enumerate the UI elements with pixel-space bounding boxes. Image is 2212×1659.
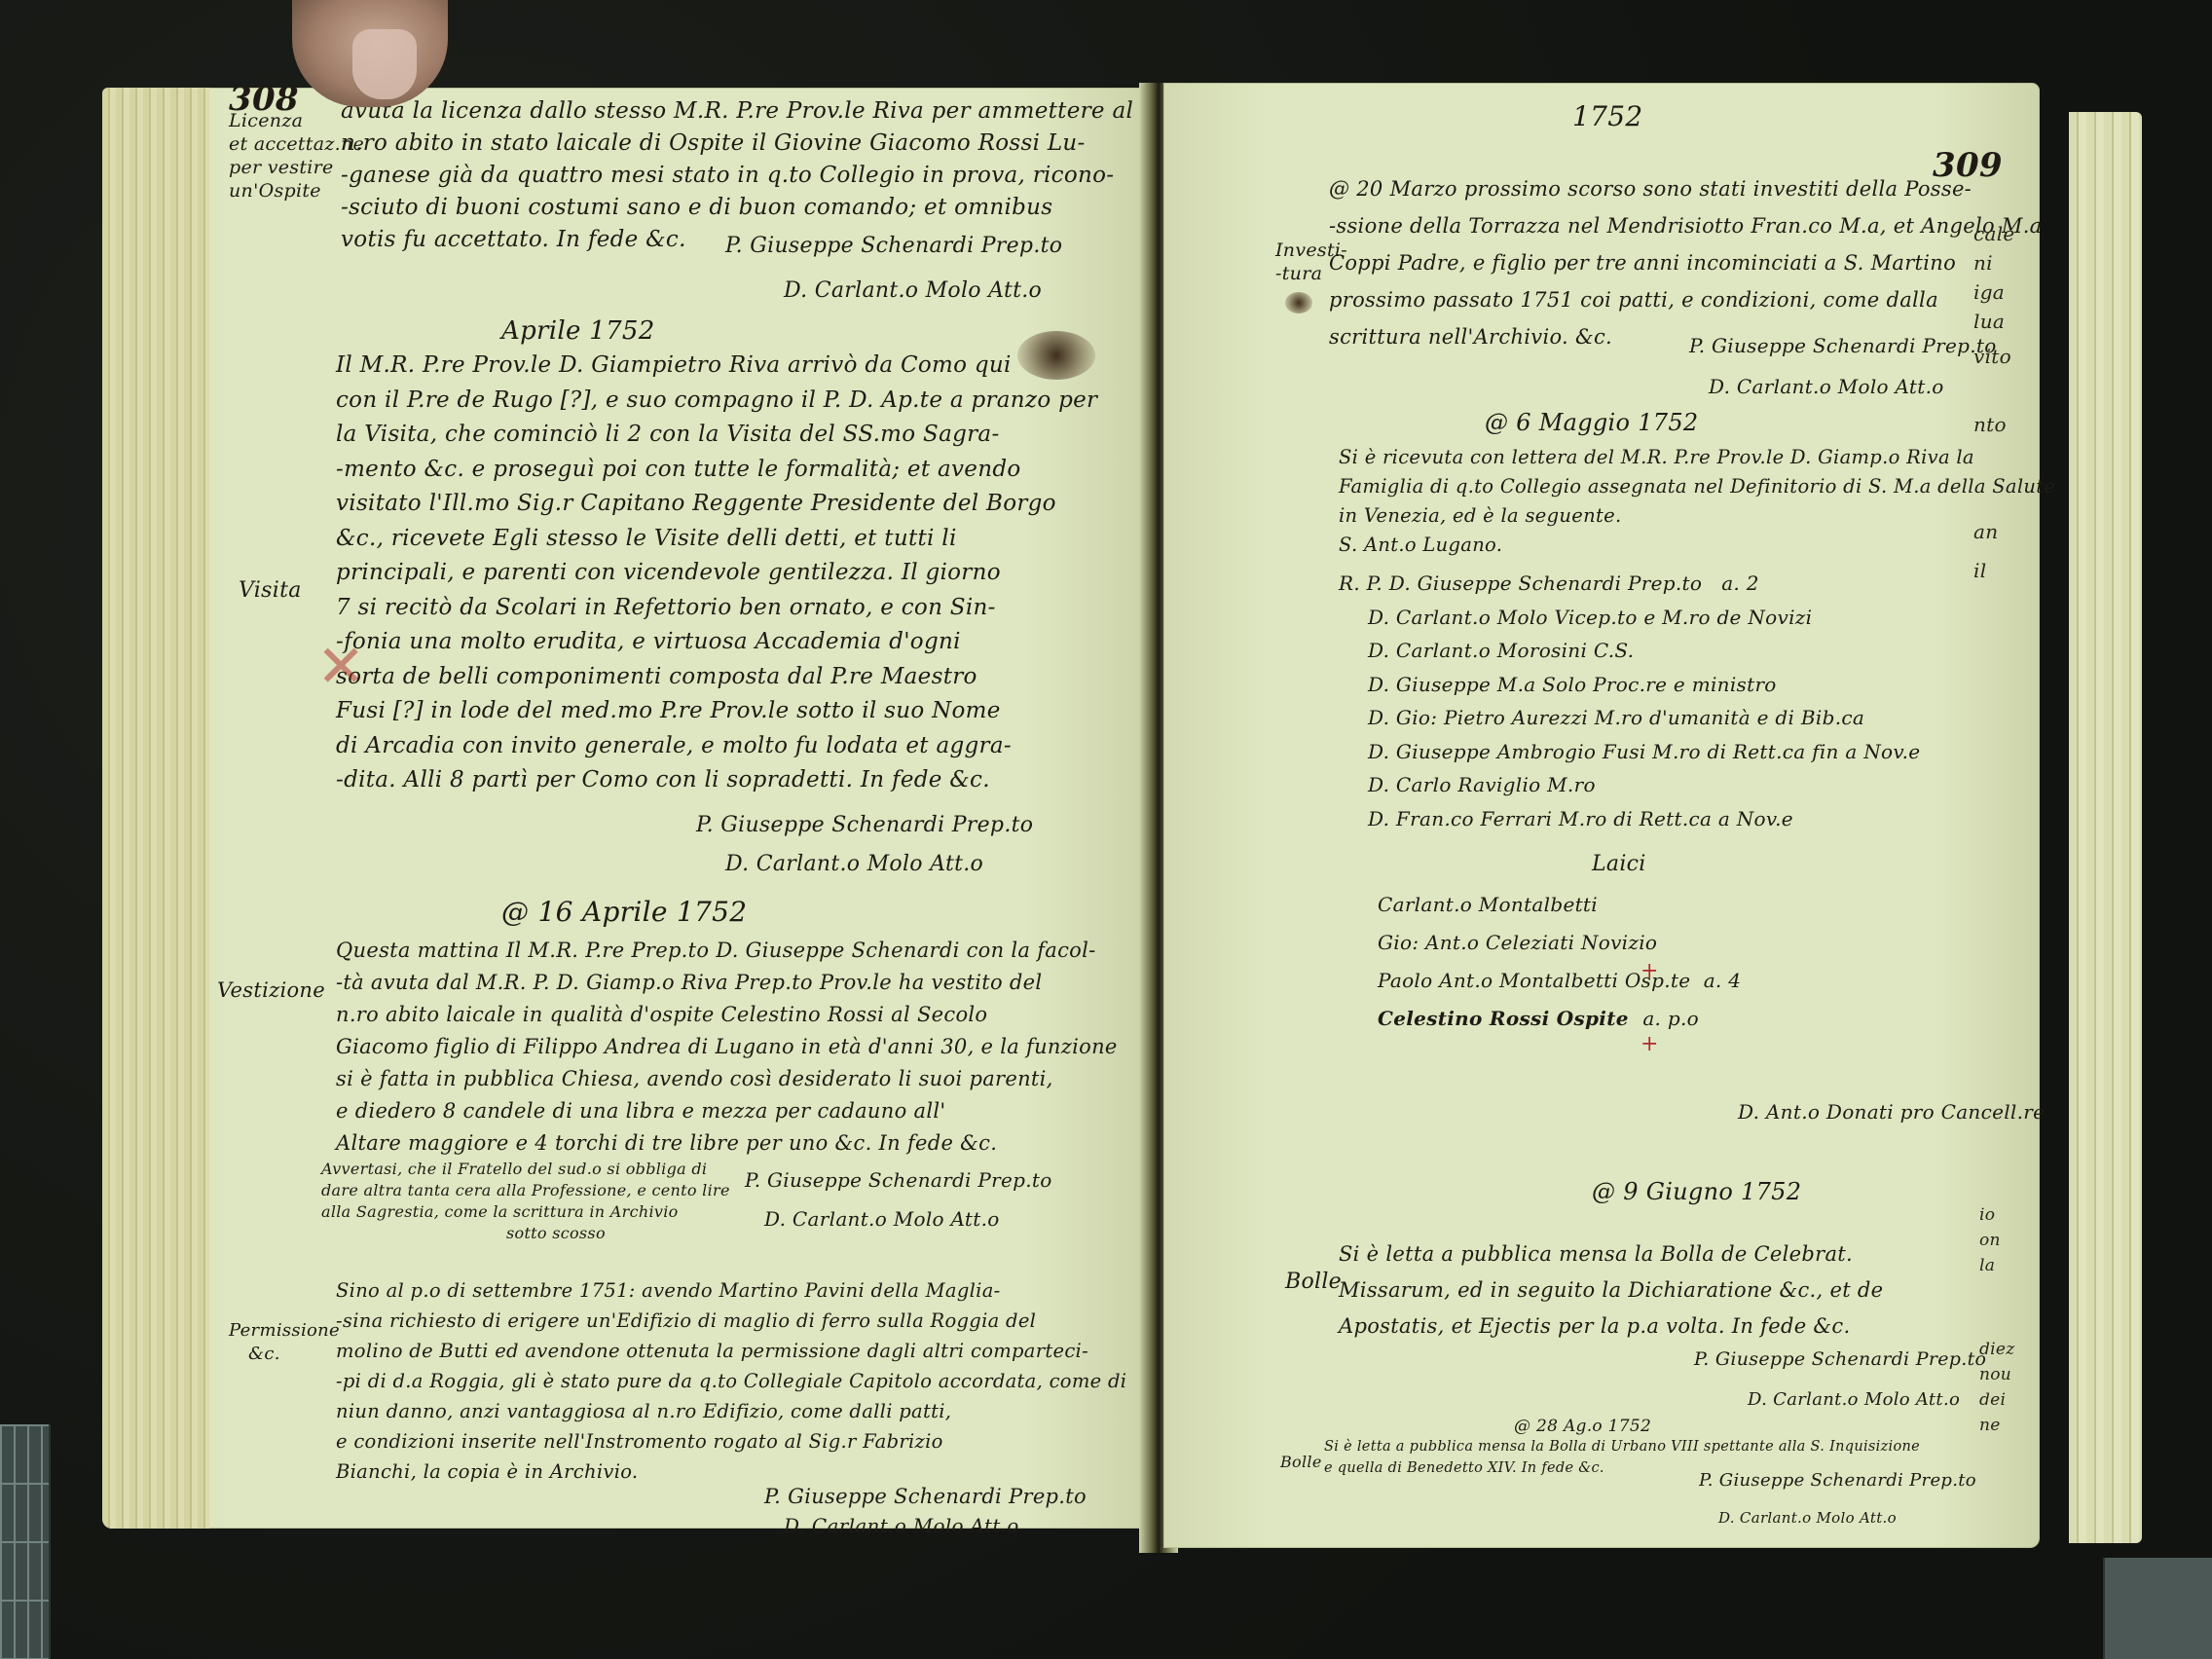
text-line: in Venezia, ed è la seguente.	[1339, 501, 2055, 531]
text-line: sotto scosso	[321, 1223, 730, 1244]
text-line: S. Ant.o Lugano.	[1339, 531, 2055, 560]
signature-attuario: D. Carlant.o Molo Att.o	[1718, 1509, 1897, 1527]
signature-prevosto: P. Giuseppe Schenardi Prep.to	[725, 234, 1062, 258]
red-pencil-mark: +	[1641, 1032, 1658, 1056]
member-row: D. Fran.co Ferrari M.ro di Rett.ca a Nov…	[1339, 802, 1920, 836]
text-line: Missarum, ed in seguito la Dichiaratione…	[1339, 1272, 1883, 1309]
bleed-through-text: io on la diez nou dei ne	[1979, 1202, 2015, 1438]
entry-heading-16-aprile: @ 16 Aprile 1752	[501, 896, 747, 928]
text-line: Giacomo figlio di Filippo Andrea di Luga…	[336, 1031, 1118, 1063]
entry-heading-9-giugno: @ 9 Giugno 1752	[1592, 1178, 1801, 1205]
member-name: D. Giuseppe M.a Solo Proc.re e ministro	[1368, 673, 1777, 696]
signature-prevosto: P. Giuseppe Schenardi Prep.to	[1699, 1470, 1976, 1491]
text-line: -mento &c. e proseguì poi con tutte le f…	[336, 453, 1097, 488]
text-line: con il P.re de Rugo [?], e suo compagno …	[336, 384, 1097, 419]
text-line: Questa mattina Il M.R. P.re Prep.to D. G…	[336, 935, 1118, 967]
text-line: -tà avuta dal M.R. P. D. Giamp.o Riva Pr…	[336, 967, 1118, 999]
text-line: principali, e parenti con vicendevole ge…	[336, 556, 1097, 591]
member-name: Celestino Rossi Ospite	[1378, 1007, 1629, 1030]
text-line: la Visita, che cominciò li 2 con la Visi…	[336, 418, 1097, 453]
text-line: 7 si recitò da Scolari in Refettorio ben…	[336, 591, 1097, 626]
margin-note-vestizione: Vestizione	[217, 978, 325, 1002]
text-line: Apostatis, et Ejectis per la p.a volta. …	[1339, 1309, 1883, 1345]
signature-attuario: D. Carlant.o Molo Att.o	[1709, 375, 1944, 398]
entry-vestizione: Questa mattina Il M.R. P.re Prep.to D. G…	[336, 935, 1118, 1160]
left-page: 308 Licenza et accettaz.ne per vestire u…	[102, 88, 1149, 1529]
text-line: Il M.R. P.re Prov.le D. Giampietro Riva …	[336, 349, 1097, 384]
text-line: Bianchi, la copia è in Archivio.	[336, 1456, 1126, 1487]
text-line: Si è ricevuta con lettera del M.R. P.re …	[1339, 443, 2055, 472]
signature-prevosto: P. Giuseppe Schenardi Prep.to	[1694, 1348, 1986, 1370]
text-line: molino de Butti ed avendone ottenuta la …	[336, 1336, 1126, 1366]
text-line: Avvertasi, che il Fratello del sud.o si …	[321, 1159, 730, 1180]
red-pencil-mark: ✕	[316, 633, 365, 701]
signature-attuario: D. Carlant.o Molo Att.o	[784, 1514, 1019, 1537]
laici-heading: Laici	[1592, 852, 1646, 876]
text-line: Altare maggiore e 4 torchi di tre libre …	[336, 1127, 1118, 1160]
signature-attuario: D. Carlant.o Molo Att.o	[764, 1207, 1000, 1231]
text-line: di Arcadia con invito generale, e molto …	[336, 729, 1097, 764]
margin-note-visita: Visita	[239, 579, 302, 603]
text-line: @ 20 Marzo prossimo scorso sono stati in…	[1329, 170, 2043, 207]
member-name: Gio: Ant.o Celeziati Novizio	[1378, 931, 1657, 954]
margin-note-bolle: Bolle	[1285, 1271, 1342, 1294]
right-fore-edge	[2069, 112, 2142, 1543]
entry-heading-aprile: Aprile 1752	[501, 316, 655, 346]
text-line: sorta de belli componimenti composta dal…	[336, 660, 1097, 695]
text-line: visitato l'Ill.mo Sig.r Capitano Reggent…	[336, 487, 1097, 522]
text-line: n.ro abito laicale in qualità d'ospite C…	[336, 999, 1118, 1031]
member-row: D. Carlo Raviglio M.ro	[1339, 768, 1920, 802]
entry-bolle-giugno: Si è letta a pubblica mensa la Bolla de …	[1339, 1236, 1883, 1345]
bleed-through-text: cale ni iga lua vito nto an il	[1973, 219, 2015, 585]
member-row: Carlant.o Montalbetti	[1378, 886, 1741, 924]
text-line: Si è letta a pubblica mensa la Bolla de …	[1339, 1236, 1883, 1272]
member-row: D. Giuseppe M.a Solo Proc.re e ministro	[1339, 668, 1920, 702]
text-line: -ssione della Torrazza nel Mendrisiotto …	[1329, 207, 2043, 244]
entry-heading-28-agosto: @ 28 Ag.o 1752	[1514, 1417, 1651, 1436]
member-row: D. Carlant.o Morosini C.S.	[1339, 634, 1920, 668]
text-line: prossimo passato 1751 coi patti, e condi…	[1329, 281, 2043, 318]
text-line: -sina richiesto di erigere un'Edifizio d…	[336, 1306, 1126, 1336]
margin-note-bolle: Bolle	[1280, 1451, 1322, 1474]
member-list-religious: R. P. D. Giuseppe Schenardi Prep.to a. 2…	[1339, 567, 1920, 835]
text-line: &c., ricevete Egli stesso le Visite dell…	[336, 522, 1097, 557]
ink-blot	[1285, 292, 1312, 313]
member-name: R. P. D. Giuseppe Schenardi Prep.to	[1339, 571, 1702, 595]
entry-licenza: avuta la licenza dallo stesso M.R. P.re …	[341, 95, 1133, 256]
text-line: Coppi Padre, e figlio per tre anni incom…	[1329, 244, 2043, 281]
member-row: Celestino Rossi Ospite a. p.o	[1378, 1000, 1741, 1038]
member-row: R. P. D. Giuseppe Schenardi Prep.to a. 2	[1339, 567, 1920, 601]
member-note: a. p.o	[1642, 1007, 1699, 1030]
entry-permissione: Sino al p.o di settembre 1751: avendo Ma…	[336, 1275, 1126, 1487]
member-name: D. Giuseppe Ambrogio Fusi M.ro di Rett.c…	[1368, 740, 1920, 763]
text-line: -fonia una molto erudita, e virtuosa Acc…	[336, 625, 1097, 660]
member-name: Carlant.o Montalbetti	[1378, 893, 1598, 916]
red-pencil-mark: +	[1641, 959, 1658, 983]
text-line: niun danno, anzi vantaggiosa al n.ro Edi…	[336, 1396, 1126, 1426]
signature-attuario: D. Carlant.o Molo Att.o	[784, 278, 1042, 303]
entry-heading-6-maggio: @ 6 Maggio 1752	[1485, 409, 1698, 436]
signature-prevosto: P. Giuseppe Schenardi Prep.to	[764, 1485, 1087, 1508]
text-line: e condizioni inserite nell'Instromento r…	[336, 1426, 1126, 1456]
grey-reference-card	[2103, 1558, 2212, 1659]
member-name: D. Carlant.o Molo Vicep.to e M.ro de Nov…	[1368, 606, 1812, 629]
signature-attuario: D. Carlant.o Molo Att.o	[1748, 1389, 1960, 1410]
signature-prevosto: P. Giuseppe Schenardi Prep.to	[745, 1168, 1052, 1192]
ink-stain	[1017, 331, 1095, 380]
member-row: D. Carlant.o Molo Vicep.to e M.ro de Nov…	[1339, 601, 1920, 635]
signature-prevosto: P. Giuseppe Schenardi Prep.to	[696, 813, 1033, 837]
year-header: 1752	[1572, 100, 1642, 132]
text-line: dare altra tanta cera alla Professione, …	[321, 1180, 730, 1201]
member-note: a. 4	[1704, 969, 1742, 992]
open-manuscript-book: 308 Licenza et accettaz.ne per vestire u…	[102, 83, 2088, 1563]
entry-investitura: @ 20 Marzo prossimo scorso sono stati in…	[1329, 170, 2043, 355]
margin-note-permissione: Permissione &c.	[229, 1319, 340, 1366]
margin-line: Permissione	[229, 1319, 340, 1343]
color-scale-bar	[0, 1424, 51, 1659]
entry-famiglia: Si è ricevuta con lettera del M.R. P.re …	[1339, 443, 2055, 560]
text-line: Fusi [?] in lode del med.mo P.re Prov.le…	[336, 694, 1097, 729]
entry-vestizione-note: Avvertasi, che il Fratello del sud.o si …	[321, 1159, 730, 1244]
text-line: si è fatta in pubblica Chiesa, avendo co…	[336, 1063, 1118, 1095]
member-list-laici: Carlant.o Montalbetti Gio: Ant.o Celezia…	[1378, 886, 1741, 1038]
member-note: a. 2	[1721, 571, 1759, 595]
text-line: Sino al p.o di settembre 1751: avendo Ma…	[336, 1275, 1126, 1306]
text-line: e diedero 8 candele di una libra e mezza…	[336, 1095, 1118, 1127]
signature-procancelliere: D. Ant.o Donati pro Cancell.re	[1738, 1100, 2045, 1124]
member-row: D. Gio: Pietro Aurezzi M.ro d'umanità e …	[1339, 701, 1920, 735]
member-row: Gio: Ant.o Celeziati Novizio	[1378, 924, 1741, 962]
member-row: Paolo Ant.o Montalbetti Osp.te a. 4	[1378, 962, 1741, 1000]
text-line: alla Sagrestia, come la scrittura in Arc…	[321, 1201, 730, 1223]
member-name: D. Carlo Raviglio M.ro	[1368, 773, 1596, 796]
margin-line: &c.	[229, 1343, 340, 1366]
left-fore-edge	[102, 88, 209, 1529]
member-name: D. Gio: Pietro Aurezzi M.ro d'umanità e …	[1368, 706, 1864, 729]
signature-prevosto: P. Giuseppe Schenardi Prep.to	[1689, 334, 1997, 357]
entry-visita: Il M.R. P.re Prov.le D. Giampietro Riva …	[336, 349, 1097, 798]
text-line: -pi di d.a Roggia, gli è stato pure da q…	[336, 1366, 1126, 1396]
text-line: -ganese già da quattro mesi stato in q.t…	[341, 160, 1133, 192]
right-page: 1752 309 Investi- -tura @ 20 Marzo pross…	[1163, 83, 2040, 1548]
member-name: D. Carlant.o Morosini C.S.	[1368, 639, 1634, 662]
member-name: D. Fran.co Ferrari M.ro di Rett.ca a Nov…	[1368, 807, 1793, 830]
text-line: Si è letta a pubblica mensa la Bolla di …	[1324, 1436, 1920, 1457]
text-line: Famiglia di q.to Collegio assegnata nel …	[1339, 472, 2055, 501]
text-line: -sciuto di buoni costumi sano e di buon …	[341, 192, 1133, 224]
member-row: D. Giuseppe Ambrogio Fusi M.ro di Rett.c…	[1339, 735, 1920, 769]
text-line: -dita. Alli 8 partì per Como con li sopr…	[336, 763, 1097, 798]
text-line: n.ro abito in stato laicale di Ospite il…	[341, 128, 1133, 160]
text-line: avuta la licenza dallo stesso M.R. P.re …	[341, 95, 1133, 128]
signature-attuario: D. Carlant.o Molo Att.o	[725, 852, 983, 876]
